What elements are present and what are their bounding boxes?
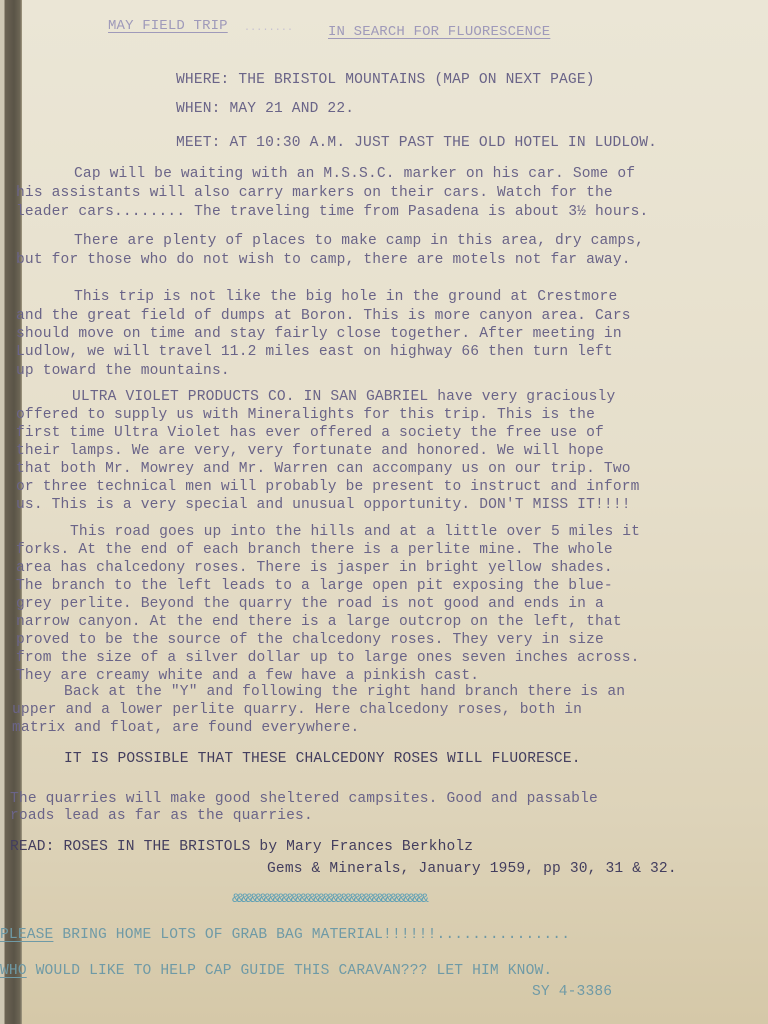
paragraph-line: There are plenty of places to make camp … — [74, 232, 644, 250]
paragraph-line: leader cars........ The traveling time f… — [16, 203, 648, 221]
where-line: WHERE: THE BRISTOL MOUNTAINS (MAP ON NEX… — [176, 71, 595, 89]
paragraph-line: Cap will be waiting with an M.S.S.C. mar… — [74, 165, 635, 183]
paragraph-line: roads lead as far as the quarries. — [10, 807, 313, 825]
reading-reference: READ: ROSES IN THE BRISTOLS by Mary Fran… — [10, 838, 473, 856]
paragraph-line: This trip is not like the big hole in th… — [74, 288, 617, 306]
caravan-text: WOULD LIKE TO HELP CAP GUIDE THIS CARAVA… — [27, 963, 553, 979]
caravan-guide-note: WHO WOULD LIKE TO HELP CAP GUIDE THIS CA… — [0, 962, 552, 980]
paragraph-line: offered to supply us with Mineralights f… — [16, 406, 595, 424]
paragraph-line: and the great field of dumps at Boron. T… — [16, 307, 631, 325]
caravan-lead: WHO — [0, 963, 27, 979]
paragraph-line: forks. At the end of each branch there i… — [16, 541, 613, 559]
fluoresce-emphasis: IT IS POSSIBLE THAT THESE CHALCEDONY ROS… — [64, 750, 581, 768]
phone-number: SY 4-3386 — [532, 983, 612, 1001]
paragraph-line: Back at the "Y" and following the right … — [64, 683, 625, 701]
paragraph-line: Ludlow, we will travel 11.2 miles east o… — [16, 343, 613, 361]
paragraph-line: from the size of a silver dollar up to l… — [16, 649, 640, 667]
paragraph-line: proved to be the source of the chalcedon… — [16, 631, 604, 649]
paragraph-line: up toward the mountains. — [16, 362, 230, 380]
paragraph-line: should move on time and stay fairly clos… — [16, 325, 622, 343]
paragraph-line: narrow canyon. At the end there is a lar… — [16, 613, 622, 631]
paragraph-line: This road goes up into the hills and at … — [70, 523, 640, 541]
paragraph-line: first time Ultra Violet has ever offered… — [16, 424, 604, 442]
paragraph-line: their lamps. We are very, very fortunate… — [16, 442, 604, 460]
header-left-title: MAY FIELD TRIP — [108, 17, 228, 35]
header-separator: ........ — [244, 20, 293, 38]
paragraph-line: that both Mr. Mowrey and Mr. Warren can … — [16, 460, 631, 478]
paragraph-line: area has chalcedony roses. There is jasp… — [16, 559, 613, 577]
paragraph-line: but for those who do not wish to camp, t… — [16, 251, 631, 269]
meet-line: MEET: AT 10:30 A.M. JUST PAST THE OLD HO… — [176, 134, 657, 152]
paragraph-line: ULTRA VIOLET PRODUCTS CO. IN SAN GABRIEL… — [72, 388, 615, 406]
grab-bag-lead: PLEASE — [0, 927, 53, 943]
typewritten-page: MAY FIELD TRIP ........ IN SEARCH FOR FL… — [22, 0, 768, 1024]
reading-citation: Gems & Minerals, January 1959, pp 30, 31… — [267, 860, 677, 878]
paragraph-line: The quarries will make good sheltered ca… — [10, 790, 598, 808]
paragraph-line: his assistants will also carry markers o… — [16, 184, 613, 202]
paragraph-line: or three technical men will probably be … — [16, 478, 640, 496]
paragraph-line: upper and a lower perlite quarry. Here c… — [12, 701, 582, 719]
ampersand-divider: &&&&&&&&&&&&&&&&&&&&&&&&&&&&&&&&&&&&&&&&… — [232, 890, 426, 908]
grab-bag-note: PLEASE BRING HOME LOTS OF GRAB BAG MATER… — [0, 926, 570, 944]
grab-bag-text: BRING HOME LOTS OF GRAB BAG MATERIAL!!!!… — [53, 927, 570, 943]
paragraph-line: grey perlite. Beyond the quarry the road… — [16, 595, 604, 613]
header-right-title: IN SEARCH FOR FLUORESCENCE — [328, 23, 550, 41]
paragraph-line: us. This is a very special and unusual o… — [16, 496, 631, 514]
when-line: WHEN: MAY 21 AND 22. — [176, 100, 354, 118]
paragraph-line: The branch to the left leads to a large … — [16, 577, 613, 595]
paragraph-line: matrix and float, are found everywhere. — [12, 719, 359, 737]
